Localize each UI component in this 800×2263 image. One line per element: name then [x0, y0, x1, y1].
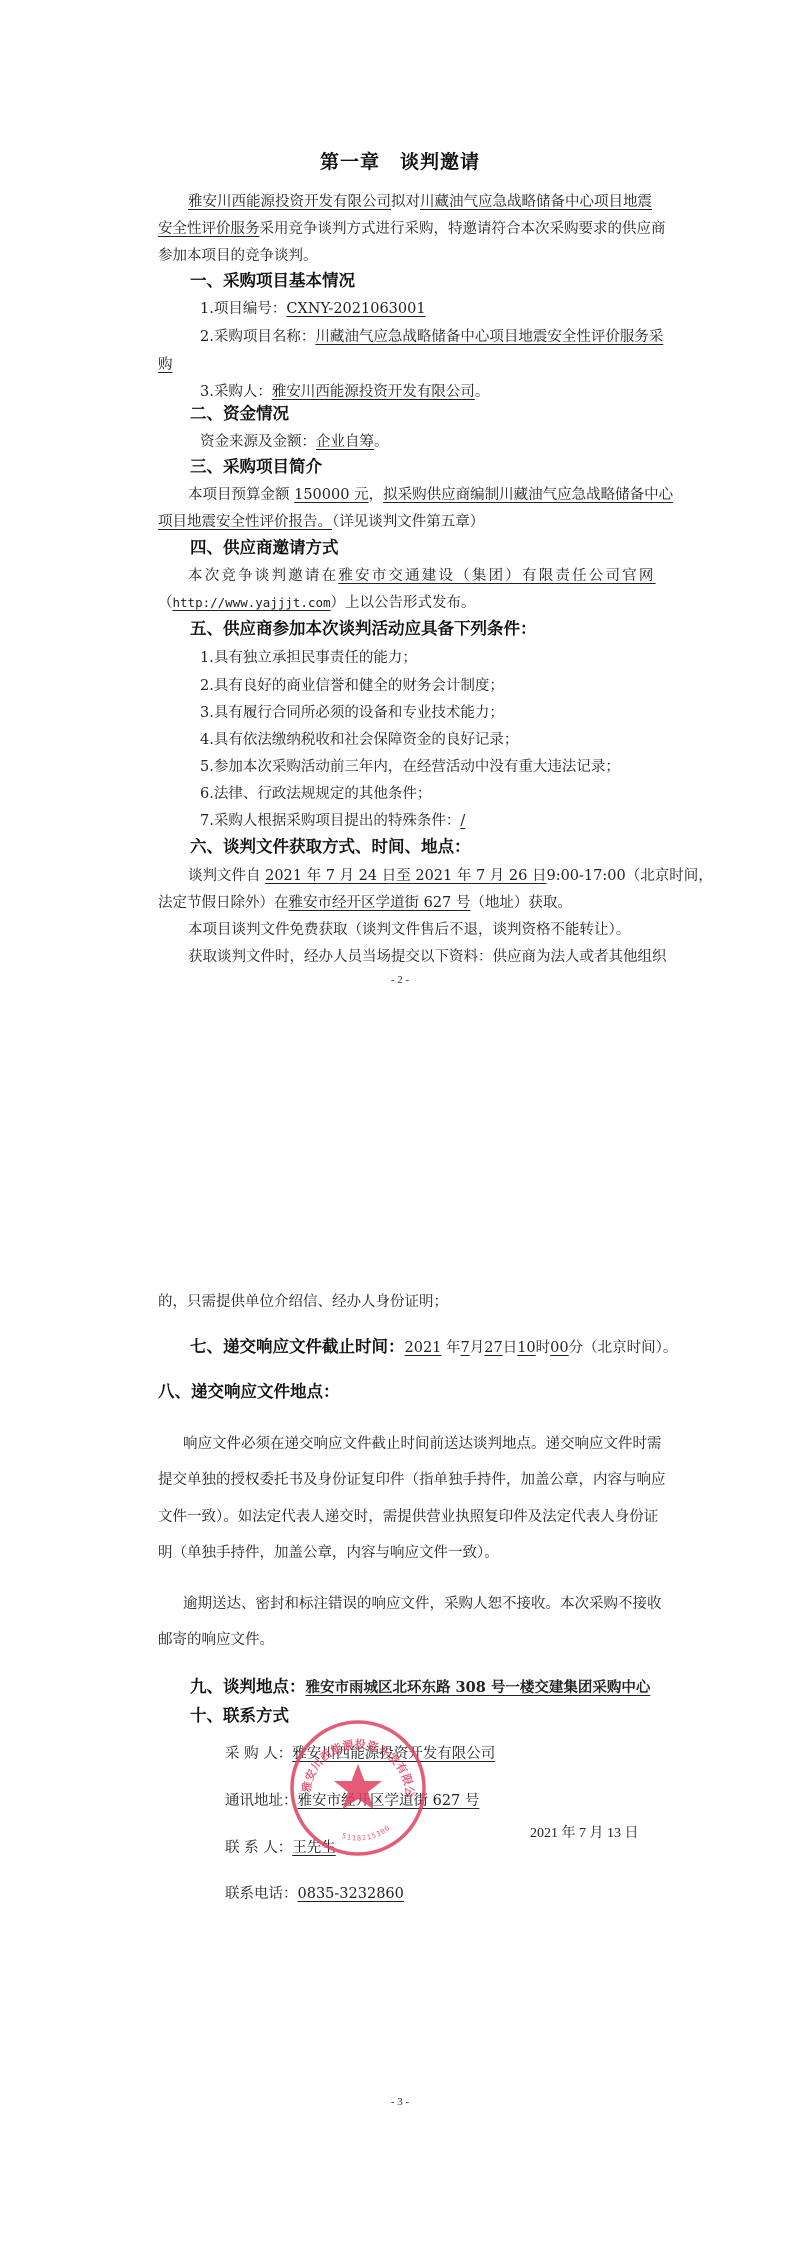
venue-address: 雅安市雨城区北环东路 308 号一楼交建集团采购中心 [306, 1679, 651, 1696]
label: 2.采购项目名称： [200, 329, 315, 345]
budget-line-2: 项目地震安全性评价报告。（详见谈判文件第五章） [158, 512, 484, 532]
project-name-cont: 购 [158, 357, 173, 373]
condition-5: 5.参加本次采购活动前三年内，在经营活动中没有重大违法记录； [200, 757, 620, 777]
condition-2: 2.具有良好的商业信誉和健全的财务会计制度； [200, 676, 504, 696]
funding-source: 资金来源及金额：企业自筹。 [200, 432, 389, 452]
section-8-heading: 八、递交响应文件地点： [158, 1381, 340, 1403]
item-project-name-cont: 购 [158, 355, 173, 375]
location-para-1-line-1: 响应文件必须在递交响应文件截止时间前送达谈判地点。递交响应文件时需 [183, 1434, 662, 1454]
acquisition-address: 雅安市经开区学道街 627 号 [289, 895, 471, 911]
deadline-line: 七、递交响应文件截止时间：2021 年7月27日10时00分（北京时间）。 [190, 1336, 677, 1358]
intro-line-2: 安全性评价服务采用竞争谈判方式进行采购，特邀请符合本次采购要求的供应商 [158, 219, 666, 239]
intro-line-1: 雅安川西能源投资开发有限公司拟对川藏油气应急战略储备中心项目地震 [188, 192, 652, 212]
intro-line-3: 参加本项目的竞争谈判。 [158, 246, 318, 266]
contact-address-value: 雅安市经开区学道街 627 号 [298, 1793, 480, 1809]
text: 本项目预算金额 [188, 487, 290, 503]
condition-7: 7.采购人根据采购项目提出的特殊条件：/ [200, 811, 465, 831]
punct: ， [369, 487, 384, 503]
section-4-heading: 四、供应商邀请方式 [190, 537, 339, 559]
project-name-part-b: 安全性评价服务 [158, 221, 260, 237]
acquisition-line-3: 本项目谈判文件免费获取（谈判文件售后不退，谈判资格不能转让）。 [188, 920, 630, 940]
special-condition-value: / [460, 813, 465, 829]
item-project-name: 2.采购项目名称：川藏油气应急战略储备中心项目地震安全性评价服务采 [200, 327, 663, 347]
condition-3: 3.具有履行合同所必须的设备和专业技术能力； [200, 703, 504, 723]
contact-person: 联 系 人：王先生 [225, 1838, 336, 1858]
deadline-day: 27 [484, 1340, 502, 1356]
location-para-2-line-2: 邮寄的响应文件。 [158, 1630, 274, 1650]
unit: 年 [446, 1340, 461, 1356]
text: ）上以公告形式发布。 [331, 595, 476, 611]
unit: 日 [503, 1340, 518, 1356]
deadline-minute: 00 [550, 1340, 568, 1356]
official-seal-stamp-icon: 雅安川西能源投资开发有限公司 5118215306 [288, 1718, 428, 1858]
budget-amount: 150000 元 [294, 487, 368, 503]
label: 7.采购人根据采购项目提出的特殊条件： [200, 813, 460, 829]
punct: 。 [475, 384, 490, 400]
contact-purchaser-value: 雅安川西能源投资开发有限公司 [292, 1746, 495, 1762]
section-6-heading: 六、谈判文件获取方式、时间、地点： [190, 836, 471, 858]
section-7-heading: 七、递交响应文件截止时间： [190, 1337, 405, 1356]
label: 采 购 人： [225, 1746, 292, 1762]
site-name: 雅安市交通建设（集团）有限责任公司官网 [338, 568, 655, 584]
text: 法定节假日除外）在 [158, 895, 289, 911]
condition-6: 6.法律、行政法规规定的其他条件； [200, 784, 431, 804]
acquisition-period: 2021 年 7 月 24 日至 2021 年 7 月 26 日 [265, 868, 546, 884]
continuation-line: 的，只需提供单位介绍信、经办人身份证明； [158, 1292, 448, 1312]
deadline-year: 2021 [405, 1340, 442, 1356]
label: 通讯地址： [225, 1793, 298, 1809]
purchaser-name: 雅安川西能源投资开发有限公司 [188, 194, 391, 210]
project-name-part-a: 川藏油气应急战略储备中心项目地震 [420, 194, 652, 210]
page-number-3: - 3 - [0, 2096, 800, 2108]
location-para-1-line-2: 提交单独的授权委托书及身份证复印件（指单独手持件，加盖公章，内容与响应 [158, 1470, 666, 1490]
label: 资金来源及金额： [200, 434, 316, 450]
item-project-number: 1.项目编号：CXNY-2021063001 [200, 299, 426, 319]
text: （地址）获取。 [470, 895, 572, 911]
deadline-month: 7 [461, 1340, 470, 1356]
contact-person-value: 王先生 [292, 1840, 336, 1856]
location-para-1-line-3: 文件一致）。如法定代表人递交时，需提供营业执照复印件及法定代表人身份证 [158, 1507, 658, 1527]
punct: 。 [374, 434, 389, 450]
acquisition-line-2: 法定节假日除外）在雅安市经开区学道街 627 号（地址）获取。 [158, 893, 572, 913]
section-5-heading: 五、供应商参加本次谈判活动应具备下列条件： [190, 618, 537, 640]
unit: 时 [536, 1340, 551, 1356]
acquisition-line-4: 获取谈判文件时，经办人员当场提交以下资料：供应商为法人或者其他组织 [188, 947, 667, 967]
venue-line: 九、谈判地点：雅安市雨城区北环东路 308 号一楼交建集团采购中心 [190, 1676, 650, 1698]
document-date: 2021 年 7 月 13 日 [530, 1822, 639, 1842]
page-number-2: - 2 - [0, 974, 800, 986]
condition-4: 4.具有依法缴纳税收和社会保障资金的良好记录； [200, 730, 518, 750]
contact-phone-value: 0835-3232860 [298, 1886, 404, 1902]
intro-connector: 拟对 [391, 194, 420, 210]
deadline-hour: 10 [517, 1340, 535, 1356]
label: 联 系 人： [225, 1840, 292, 1856]
punct: （ [158, 595, 173, 611]
unit: 月 [470, 1340, 485, 1356]
section-2-heading: 二、资金情况 [190, 403, 289, 425]
unit: 分（北京时间）。 [569, 1340, 678, 1356]
note: （详见谈判文件第五章） [332, 514, 484, 530]
section-3-heading: 三、采购项目简介 [190, 456, 322, 478]
label: 3.采购人： [200, 384, 272, 400]
location-para-2-line-1: 逾期送达、密封和标注错误的响应文件，采购人恕不接收。本次采购不接收 [183, 1594, 662, 1614]
invite-line-2: （http://www.yajjjt.com）上以公告形式发布。 [158, 593, 476, 613]
funding-value: 企业自筹 [316, 434, 374, 450]
contact-address: 通讯地址：雅安市经开区学道街 627 号 [225, 1791, 479, 1811]
text: 9:00-17:00（北京时间， [546, 868, 712, 884]
section-10-heading: 十、联系方式 [190, 1705, 289, 1727]
site-url-link[interactable]: http://www.yajjjt.com [173, 595, 331, 610]
item-purchaser: 3.采购人：雅安川西能源投资开发有限公司。 [200, 382, 489, 402]
acquisition-line-1: 谈判文件自 2021 年 7 月 24 日至 2021 年 7 月 26 日9:… [188, 866, 713, 886]
intro-line-2-rest: 采用竞争谈判方式进行采购，特邀请符合本次采购要求的供应商 [260, 221, 666, 237]
location-para-1-line-4: 明（单独手持件，加盖公章，内容与响应文件一致）。 [158, 1543, 499, 1563]
invite-line-1: 本次竞争谈判邀请在雅安市交通建设（集团）有限责任公司官网 [188, 566, 656, 586]
purchaser-value: 雅安川西能源投资开发有限公司 [272, 384, 475, 400]
budget-line-1: 本项目预算金额 150000 元，拟采购供应商编制川藏油气应急战略储备中心 [188, 485, 673, 505]
text: 本次竞争谈判邀请在 [188, 568, 338, 584]
section-1-heading: 一、采购项目基本情况 [190, 270, 355, 292]
budget-description-cont: 项目地震安全性评价报告。 [158, 514, 332, 530]
project-number: CXNY-2021063001 [286, 301, 425, 317]
condition-1: 1.具有独立承担民事责任的能力； [200, 648, 417, 668]
chapter-title: 第一章 谈判邀请 [0, 150, 800, 174]
svg-text:5118215306: 5118215306 [341, 1824, 392, 1843]
contact-phone: 联系电话：0835-3232860 [225, 1884, 404, 1904]
text: 谈判文件自 [188, 868, 261, 884]
label: 联系电话： [225, 1886, 298, 1902]
project-name: 川藏油气应急战略储备中心项目地震安全性评价服务采 [315, 329, 663, 345]
budget-description: 拟采购供应商编制川藏油气应急战略储备中心 [383, 487, 673, 503]
label: 1.项目编号： [200, 301, 286, 317]
contact-purchaser: 采 购 人：雅安川西能源投资开发有限公司 [225, 1744, 495, 1764]
section-9-heading: 九、谈判地点： [190, 1677, 306, 1696]
